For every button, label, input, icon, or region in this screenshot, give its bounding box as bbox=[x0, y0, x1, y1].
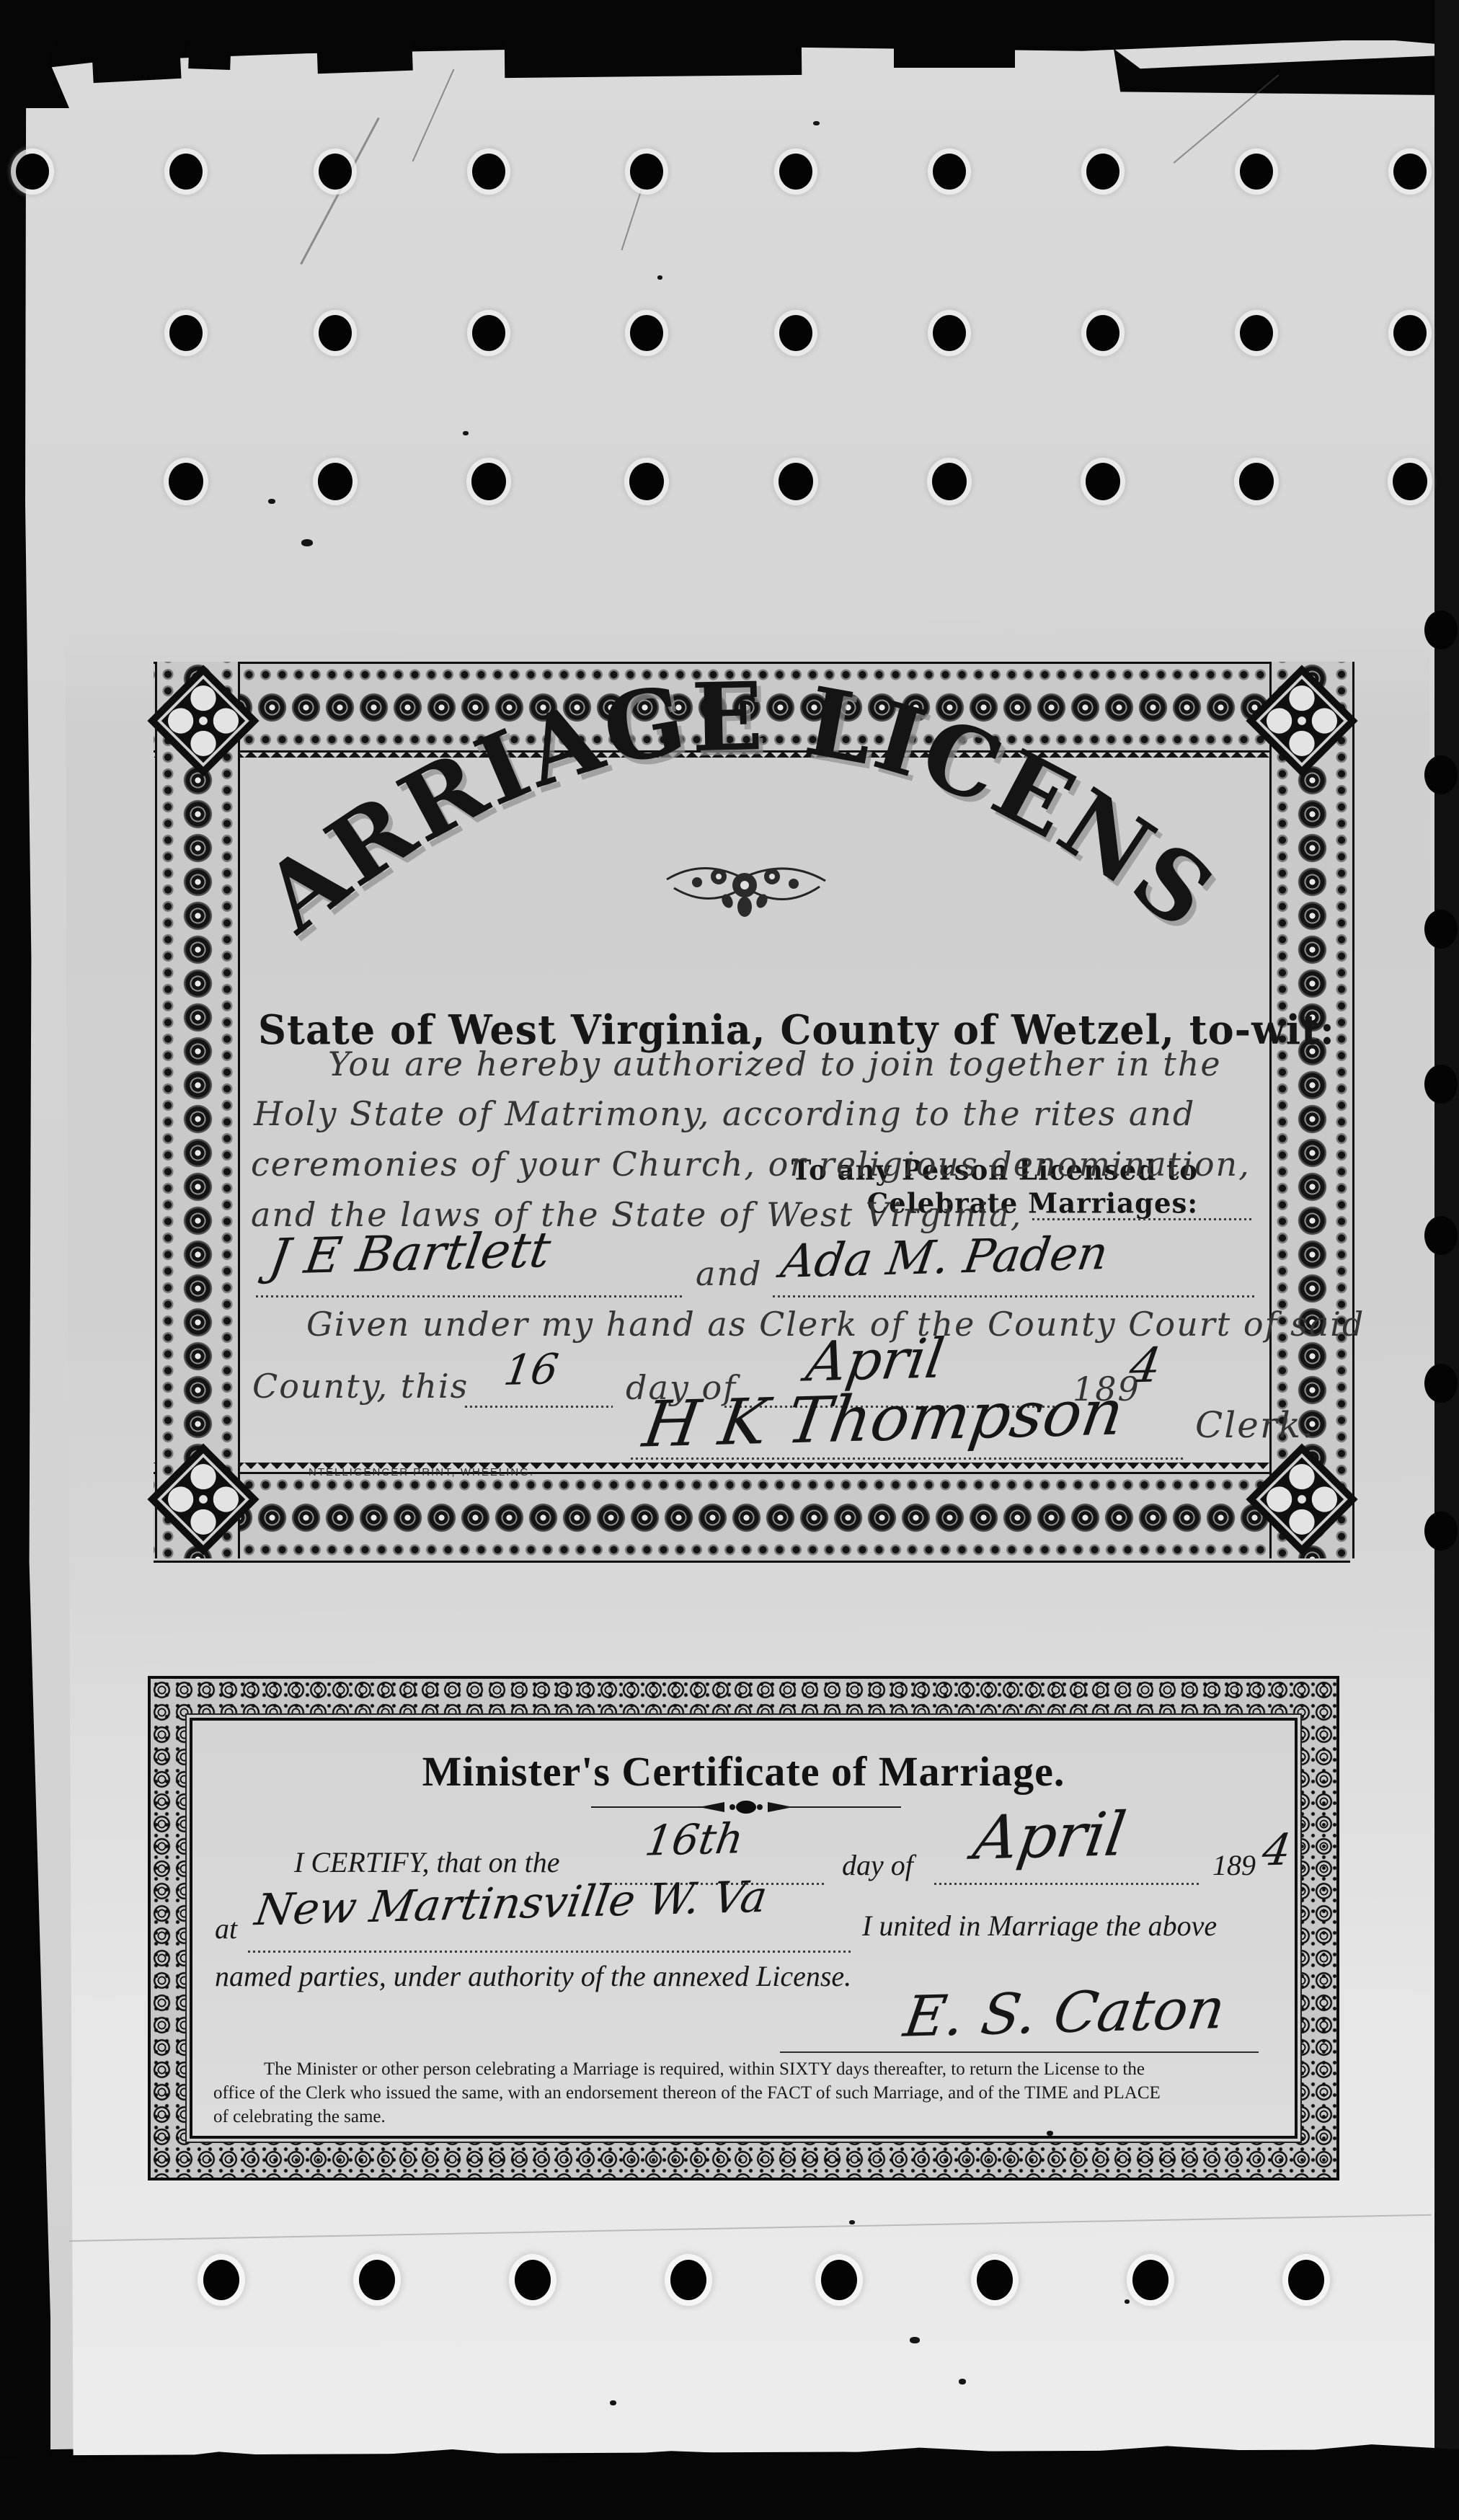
footer-line: The Minister or other person celebrating… bbox=[213, 2057, 1272, 2081]
footer-line: of celebrating the same. bbox=[213, 2105, 1272, 2129]
punch-hole bbox=[1424, 910, 1458, 949]
footer-line: office of the Clerk who issued the same,… bbox=[213, 2081, 1272, 2105]
torn-edge bbox=[91, 34, 181, 83]
punch-hole bbox=[779, 154, 812, 190]
punch-hole bbox=[1393, 154, 1427, 190]
named-line: named parties, under authority of the an… bbox=[215, 1959, 851, 1993]
punch-hole bbox=[16, 154, 49, 190]
bride-name: Ada M. Paden bbox=[777, 1227, 1111, 1289]
punch-hole bbox=[1086, 315, 1119, 351]
m-year-printed: 189 bbox=[1212, 1848, 1256, 1882]
punch-hole bbox=[1424, 755, 1458, 794]
county-this-label: County, this bbox=[252, 1367, 469, 1406]
punch-hole bbox=[319, 154, 352, 190]
fill-in-rule bbox=[1032, 1218, 1254, 1220]
punch-hole bbox=[630, 315, 663, 351]
day-value: 16 bbox=[501, 1344, 562, 1395]
groom-rule bbox=[256, 1295, 685, 1297]
united-line: I united in Marriage the above bbox=[862, 1909, 1217, 1943]
punch-hole bbox=[318, 463, 352, 500]
minister-certificate-title: Minister's Certificate of Marriage. bbox=[148, 1747, 1339, 1796]
punch-hole bbox=[1086, 154, 1119, 190]
clerk-signature: H K Thompson bbox=[639, 1375, 1129, 1461]
divider-ornament bbox=[591, 1799, 901, 1815]
punch-hole bbox=[1424, 1065, 1458, 1104]
torn-edge bbox=[188, 35, 231, 70]
m-day-of-label: day of bbox=[842, 1848, 913, 1882]
scan-edge-right bbox=[1434, 0, 1459, 2520]
torn-edge bbox=[894, 37, 1015, 68]
punch-hole bbox=[933, 154, 966, 190]
punch-hole bbox=[630, 154, 663, 190]
clerk-title-label: Clerk. bbox=[1195, 1404, 1315, 1446]
stain-speck bbox=[301, 539, 313, 546]
stain-speck bbox=[910, 2337, 920, 2343]
punch-hole bbox=[1393, 463, 1427, 500]
and-label: and bbox=[696, 1254, 763, 1293]
stain-speck bbox=[463, 431, 469, 435]
m-day-value: 16th bbox=[642, 1814, 747, 1865]
body-line: You are hereby authorized to join togeth… bbox=[328, 1044, 1222, 1083]
punch-hole bbox=[932, 463, 967, 500]
corner-ornament bbox=[133, 1429, 274, 1570]
punch-hole bbox=[472, 315, 505, 351]
stain-speck bbox=[849, 2220, 855, 2224]
corner-ornament bbox=[1231, 1429, 1372, 1570]
punch-hole bbox=[821, 2260, 857, 2300]
at-label: at bbox=[215, 1912, 237, 1946]
bride-rule bbox=[773, 1295, 1254, 1297]
day-rule bbox=[465, 1406, 613, 1408]
punch-hole bbox=[169, 463, 203, 500]
punch-hole bbox=[1424, 1364, 1458, 1403]
stain-speck bbox=[1125, 2299, 1130, 2304]
punch-hole bbox=[779, 463, 813, 500]
punch-hole bbox=[1393, 315, 1427, 351]
stain-speck bbox=[813, 121, 820, 125]
punch-hole bbox=[203, 2260, 239, 2300]
frame-border-bottom bbox=[154, 1472, 1350, 1563]
groom-name: J E Bartlett bbox=[265, 1222, 554, 1286]
punch-hole bbox=[319, 315, 352, 351]
m-month-value: April bbox=[969, 1798, 1130, 1873]
stain-speck bbox=[268, 499, 275, 504]
printer-credit: NTELLIGENCER PRINT, WHEELING. bbox=[309, 1466, 534, 1478]
punch-hole bbox=[471, 463, 506, 500]
punch-hole bbox=[629, 463, 664, 500]
minister-signature-rule bbox=[780, 2051, 1259, 2053]
punch-hole bbox=[472, 154, 505, 190]
punch-hole bbox=[359, 2260, 395, 2300]
punch-hole bbox=[1239, 463, 1274, 500]
punch-hole bbox=[670, 2260, 706, 2300]
stain-speck bbox=[959, 2379, 966, 2384]
place-rule bbox=[248, 1951, 852, 1953]
stain-speck bbox=[657, 275, 662, 280]
punch-hole bbox=[1086, 463, 1120, 500]
scanned-marriage-record: MARRIAGE LICENSE. MARRIAGE LICENSE. Stat… bbox=[0, 0, 1459, 2520]
punch-hole bbox=[1240, 154, 1273, 190]
body-line: ceremonies of your Church, or religious … bbox=[251, 1145, 1251, 1184]
body-line: Holy State of Matrimony, according to th… bbox=[254, 1094, 1195, 1133]
punch-hole bbox=[169, 315, 203, 351]
punch-hole bbox=[779, 315, 812, 351]
stain-speck bbox=[1047, 2131, 1053, 2136]
punch-hole bbox=[1132, 2260, 1168, 2300]
stain-speck bbox=[732, 1024, 737, 1027]
punch-hole bbox=[515, 2260, 551, 2300]
punch-hole bbox=[1424, 611, 1458, 649]
torn-edge bbox=[505, 33, 802, 78]
punch-hole bbox=[169, 154, 203, 190]
minister-signature: E. S. Caton bbox=[900, 1976, 1229, 2050]
punch-hole bbox=[1240, 315, 1273, 351]
punch-hole bbox=[1288, 2260, 1324, 2300]
torn-edge bbox=[316, 36, 413, 74]
punch-hole bbox=[977, 2260, 1013, 2300]
punch-hole bbox=[1424, 1512, 1458, 1550]
stain-speck bbox=[610, 2400, 616, 2405]
floral-ornament bbox=[652, 843, 840, 921]
punch-hole bbox=[1424, 1216, 1458, 1255]
certify-label: I CERTIFY, that on the bbox=[294, 1845, 560, 1879]
minister-footer-text: The Minister or other person celebrating… bbox=[213, 2057, 1272, 2129]
punch-hole bbox=[933, 315, 966, 351]
m-month-rule bbox=[934, 1883, 1201, 1885]
